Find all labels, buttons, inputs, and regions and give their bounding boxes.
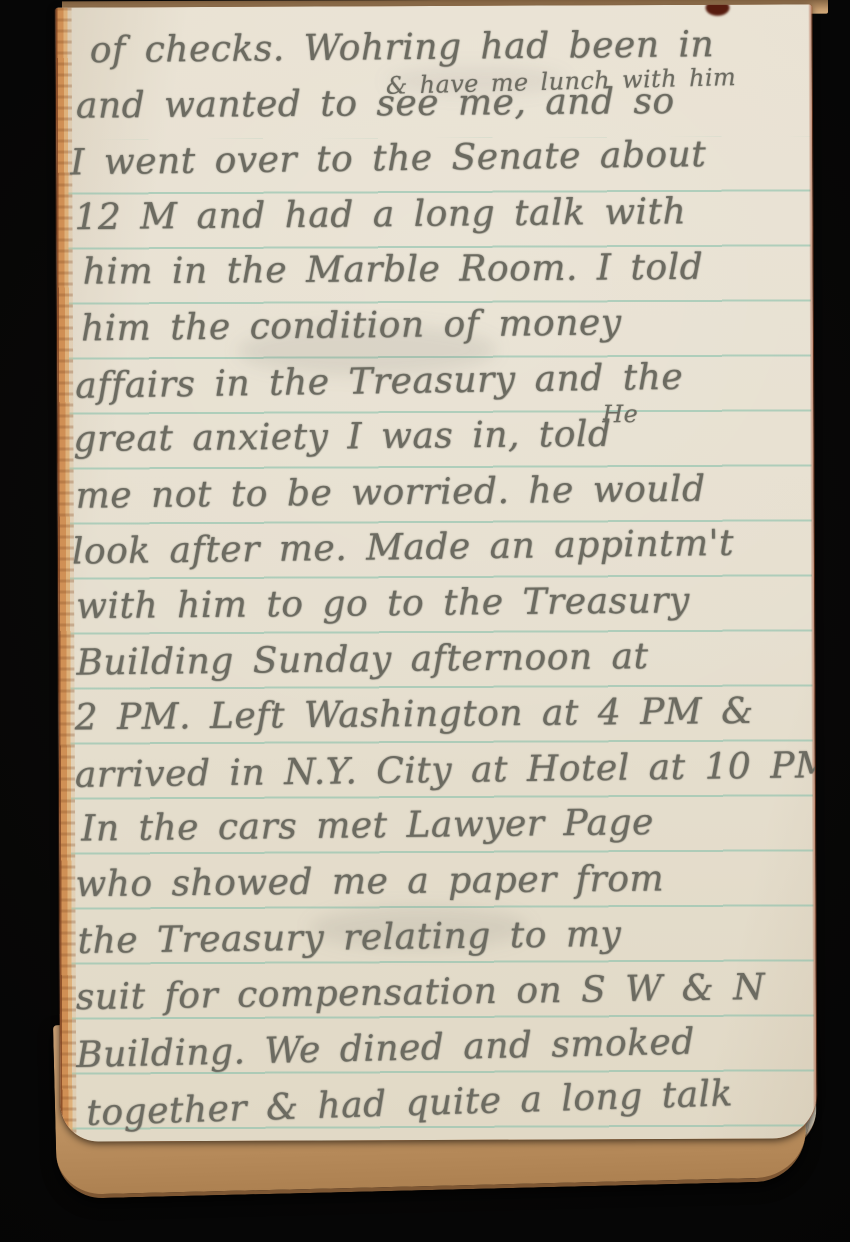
handwritten-line: him in the Marble Room. I told (83, 250, 704, 291)
handwritten-line: who showed me a paper from (75, 861, 664, 903)
handwritten-line: suit for compensation on S W & N (76, 970, 766, 1016)
handwritten-line: affairs in the Treasury and the (75, 359, 683, 404)
handwritten-line: arrived in N.Y. City at Hotel at 10 PM (75, 748, 817, 794)
handwritten-line: Building Sunday afternoon at (76, 639, 648, 681)
handwritten-line: In the cars met Lawyer Page (81, 805, 654, 847)
handwritten-line: look after me. Made an appintm't (72, 526, 735, 571)
notebook-page: of checks. Wohring had been inand wanted… (56, 4, 817, 1141)
ink-stain (706, 4, 730, 15)
handwritten-line: 12 M and had a long talk with (74, 194, 686, 236)
handwritten-line: I went over to the Senate about (70, 137, 706, 181)
handwritten-line: great anxiety I was in, told (73, 417, 611, 458)
handwritten-line: of checks. Wohring had been in (90, 27, 715, 69)
interline-insertion: & have me lunch with him (386, 65, 737, 98)
handwritten-line: the Treasury relating to my (77, 916, 621, 959)
handwritten-line: me not to be worried. he would (75, 471, 705, 514)
handwritten-line: 2 PM. Left Washington at 4 PM & (74, 694, 753, 737)
photo-background: of checks. Wohring had been inand wanted… (0, 0, 850, 1242)
handwritten-line: him the condition of money (81, 305, 622, 347)
handwritten-line: with him to go to the Treasury (76, 583, 690, 625)
interline-insertion: He (602, 402, 638, 426)
